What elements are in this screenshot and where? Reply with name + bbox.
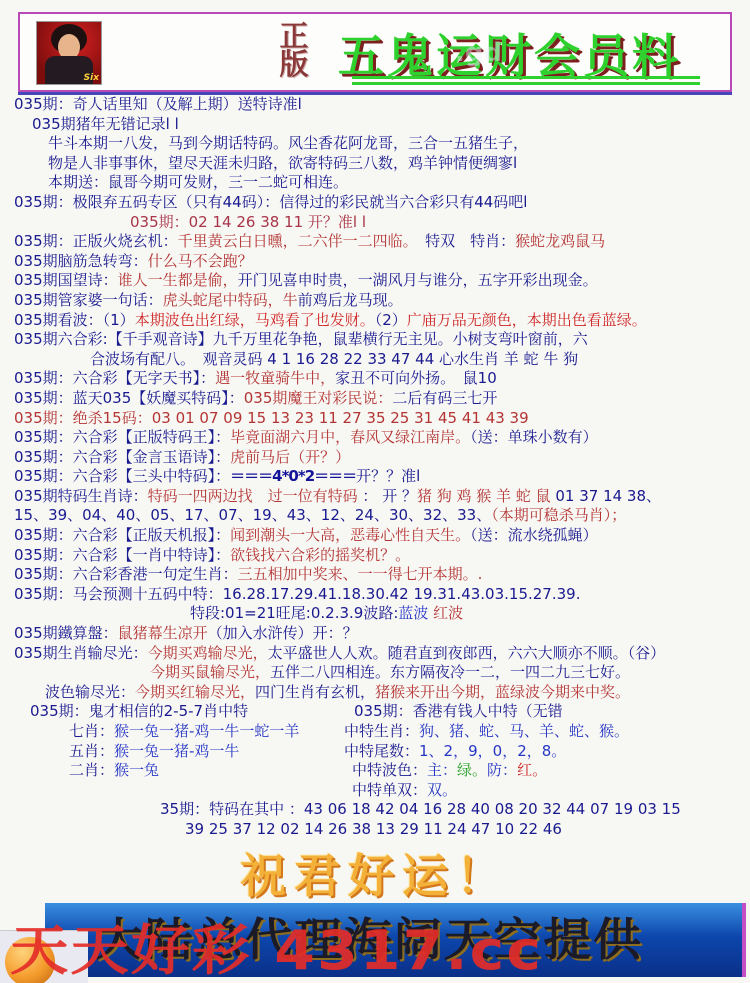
- text-segment: 035期看波：: [14, 311, 103, 329]
- text-segment: 中特生肖：: [344, 722, 419, 740]
- body-line: 035期：六合彩【一肖中特诗】：欲钱找六合彩的摇奖机？。: [0, 546, 750, 566]
- body-line: 中特波色：主：绿。防：红。: [344, 761, 750, 781]
- body-line: 035期鐵算盤：鼠猪幕生凉开（加入水浒传）开：？: [0, 624, 750, 644]
- body-line: 035期：六合彩【无字天书】：遇一牧童骑牛中，家丑不可向外扬。 鼠10: [0, 369, 750, 389]
- text-segment: （本期可稳杀马肖）；: [491, 506, 626, 524]
- text-segment: 035期猪年无错记录l l: [32, 115, 179, 133]
- page: { "header": { "badge_char1": "正", "badge…: [0, 0, 750, 983]
- text-segment: 家丑不可向外扬。 鼠10: [335, 369, 497, 387]
- body-line: 035期：六合彩【正版天机报】：闻到潮头一大高，恶毒心性自天生。（送：流水绕孤蝇…: [0, 526, 750, 546]
- text-segment: 16.28.17.29.41.18.30.42 19.31.43.03.15.2…: [223, 585, 581, 603]
- body-line: 035期：六合彩香港一句定生肖：三五相加中奖来、一一得七开本期。.: [0, 565, 750, 585]
- body-line: 39 25 37 12 02 14 26 38 13 29 11 24 47 1…: [0, 820, 750, 840]
- body-line: 二肖：猴一兔: [14, 761, 344, 781]
- text-segment: 牛: [283, 291, 298, 309]
- text-segment: 35期：特码在其中 ：43 06 18 42 04 16 28 40 08 20…: [160, 800, 681, 818]
- body-line: 035期：六合彩【正版特码王】：毕竟面湖六月中，春风又绿江南岸。（送：单珠小数有…: [0, 428, 750, 448]
- text-segment: 蓝波: [398, 604, 433, 622]
- body-line: 035期：奇人话里知（及解上期）送特诗准l: [0, 95, 750, 115]
- text-segment: 035期：马会预测十五码中特：: [14, 585, 223, 603]
- text-segment: 二肖：: [69, 761, 114, 779]
- text-segment: 毕竟面湖六月中，春风又绿江南岸。: [230, 428, 470, 446]
- body-line: 035期生肖输尽光：今期买鸡输尽光，太平盛世人人欢。随君直到夜郎西，六六大顺亦不…: [0, 644, 750, 664]
- text-segment: 四门生肖有玄机，: [255, 683, 375, 701]
- text-segment: 闻到潮头一大高，恶毒心性自天生。: [230, 526, 470, 544]
- zhengban-badge: 正 版: [272, 22, 316, 78]
- body-line: 五肖：猴一兔一猪-鸡一牛: [14, 742, 344, 762]
- text-segment: 红波: [433, 604, 463, 622]
- text-segment: 035期六合彩:【千手观音诗】九千万里花争艳，鼠辈横行无主见。小树支弯叶窗前，六: [14, 330, 588, 348]
- banner-watermark: .gd: [455, 38, 502, 68]
- body-line: 035期猪年无错记录l l: [0, 115, 750, 135]
- text-segment: 01 37 14 38、: [555, 487, 661, 505]
- underline-bar: [352, 76, 700, 79]
- left-column: 035期：鬼才相信的2-5-7肖中特七肖：猴一兔一猪-鸡一牛一蛇一羊五肖：猴一兔…: [14, 702, 344, 800]
- text-segment: 035期：鬼才相信的2-5-7肖中特: [30, 702, 248, 720]
- body-line: 035期：六合彩【金言玉语诗】：虎前马后（开？）: [0, 448, 750, 468]
- body-line: 物是人非事事休，望尽天涯未归路，欲寄特码三八数，鸡羊钟情便绸寥l: [0, 154, 750, 174]
- text-segment: 猴一兔: [114, 761, 159, 779]
- text-segment: 红。: [517, 761, 547, 779]
- text-segment: 035期：六合彩【三头中特码】：: [14, 467, 230, 485]
- text-segment: 39 25 37 12 02 14 26 38 13 29 11 24 47 1…: [185, 820, 562, 838]
- text-segment: 合波场有配八。 观音灵码 4 1 16 28 22 33 47 44 心水生肖 …: [90, 350, 578, 368]
- text-segment: 虎前马后（开？）: [230, 448, 350, 466]
- text-segment: 035期：奇人话里知（及解上期）送特诗准l: [14, 95, 302, 113]
- body-line: 15、39、04、40、05、17、07、19、43、12、24、30、32、3…: [0, 506, 750, 526]
- text-segment: 035期管家婆一句话：: [14, 291, 163, 309]
- text-segment: 前鸡后龙马现。: [298, 291, 403, 309]
- text-segment: 今期买鸡输尽光，: [148, 644, 268, 662]
- header: Six 正 版 五鬼运财会员料: [18, 12, 732, 92]
- text-segment: （1）: [103, 311, 135, 329]
- text-segment: 035期魔王对彩民说：: [244, 389, 393, 407]
- text-segment: 五肖：: [69, 742, 114, 760]
- text-segment: 15、39、04、40、05、17、07、19、43、12、24、30、32、3…: [14, 506, 491, 524]
- body-line: 本期送：鼠哥今期可发财，三一二蛇可相连。: [0, 173, 750, 193]
- text-segment: 欲钱找六合彩的摇奖机？。: [230, 546, 410, 564]
- text-segment: 中特波色：: [352, 761, 427, 779]
- text-segment: 中特尾数：: [344, 742, 419, 760]
- text-segment: 本期波色出红绿，马鸡看了也发财。: [135, 311, 375, 329]
- text-segment: 二后有码三七开: [392, 389, 497, 407]
- text-segment: ： 开 ？: [358, 487, 417, 505]
- body-line: 035期：正版火烧玄机：千里黄云白日曛，二六伴一二四临。 特双 特肖：猴蛇龙鸡鼠…: [0, 232, 750, 252]
- text-segment: 035期：六合彩【金言玉语诗】：: [14, 448, 230, 466]
- body-line: 035期看波：（1）本期波色出红绿，马鸡看了也发财。（2）广庙万品无颜色，本期出…: [0, 311, 750, 331]
- good-luck-text: 祝君好运！: [0, 840, 750, 906]
- text-segment: 035期：香港有钱人中特（无错: [354, 702, 563, 720]
- text-segment: 广庙万品无颜色，本期出色看蓝绿。: [407, 311, 647, 329]
- text-segment: 035期国望诗：: [14, 271, 118, 289]
- text-segment: 特码一四两边找 过一位有特码: [148, 487, 358, 505]
- text-segment: 035期：极限弃五码专区（只有44码）：信得过的彩民就当六合彩只有44码吧l: [14, 193, 527, 211]
- text-segment: 035期：正版火烧玄机：: [14, 232, 178, 250]
- text-segment: 猪猴来开出今期，蓝绿波今期来中奖。: [375, 683, 630, 701]
- body-line: 035期：绝杀15码：03 01 07 09 15 13 23 11 27 35…: [0, 409, 750, 429]
- text-segment: 035期：02 14 26 38 11 开？准l l: [130, 213, 366, 231]
- text-segment: 035期：六合彩【正版天机报】：: [14, 526, 230, 544]
- body-line: 035期六合彩:【千手观音诗】九千万里花争艳，鼠辈横行无主见。小树支弯叶窗前，六: [0, 330, 750, 350]
- text-segment: 狗、猪、蛇、马、羊、蛇、猴。: [419, 722, 629, 740]
- badge-char-top: 正: [272, 22, 316, 50]
- body-line: 合波场有配八。 观音灵码 4 1 16 28 22 33 47 44 心水生肖 …: [0, 350, 750, 370]
- text-segment: 谁人一生都是偷，: [118, 271, 238, 289]
- body-line: 中特尾数：1、2，9，0，2，8。: [344, 742, 750, 762]
- text-segment: 七肖：: [69, 722, 114, 740]
- text-segment: （送：流水绕孤蝇）: [470, 526, 598, 544]
- text-segment: 035期：六合彩【正版特码王】：: [14, 428, 230, 446]
- text-segment: 虎头蛇尾中特码，: [163, 291, 283, 309]
- body-line: 中特生肖：狗、猪、蛇、马、羊、蛇、猴。: [344, 722, 750, 742]
- body-line: 35期：特码在其中 ：43 06 18 42 04 16 28 40 08 20…: [0, 800, 750, 820]
- text-segment: 035期：蓝天035【妖魔买特码】：: [14, 389, 244, 407]
- text-segment: 035期：六合彩香港一句定生肖：: [14, 565, 238, 583]
- underline-bar: [352, 82, 700, 85]
- text-segment: 开？？准l: [356, 467, 420, 485]
- body-line: 035期：马会预测十五码中特：16.28.17.29.41.18.30.42 1…: [0, 585, 750, 605]
- text-segment: 中特单双：: [352, 781, 427, 799]
- text-segment: 波色输尽光：: [45, 683, 135, 701]
- text-segment: 双。: [427, 781, 457, 799]
- body-line: 035期特码生肖诗：特码一四两边找 过一位有特码 ： 开 ？猪 狗 鸡 猴 羊 …: [0, 487, 750, 507]
- body-line: 035期：鬼才相信的2-5-7肖中特: [14, 702, 344, 722]
- text-segment: 开门见喜申时贵，一湖风月与谁分，五字开彩出现金。: [238, 271, 598, 289]
- text-segment: 猪 狗 鸡 猴 羊 蛇 鼠: [417, 487, 555, 505]
- text-segment: （加入水浒传）开：？: [208, 624, 358, 642]
- banner-overlay-text: 天天好彩 4317.cc: [10, 908, 543, 983]
- text-segment: 防：: [487, 761, 517, 779]
- text-segment: （2）: [375, 311, 407, 329]
- body-line: 035期：极限弃五码专区（只有44码）：信得过的彩民就当六合彩只有44码吧l: [0, 193, 750, 213]
- body-line: 035期：02 14 26 38 11 开？准l l: [0, 213, 750, 233]
- text-segment: 太平盛世人人欢。随君直到夜郎西，六六大顺亦不顺。（谷）: [268, 644, 666, 662]
- text-segment: 1、2，9，0，2，8。: [419, 742, 566, 760]
- text-segment: 035期鐵算盤：: [14, 624, 118, 642]
- text-segment: 千里黄云白日曛，二六伴一二四临。: [178, 232, 411, 250]
- text-segment: 遇一牧童骑牛中，: [215, 369, 335, 387]
- body-line: 七肖：猴一兔一猪-鸡一牛一蛇一羊: [14, 722, 344, 742]
- body-line: 035期：香港有钱人中特（无错: [344, 702, 750, 722]
- body-line: 035期管家婆一句话：虎头蛇尾中特码，牛前鸡后龙马现。: [0, 291, 750, 311]
- text-segment: 035期脑筋急转弯：: [14, 252, 148, 270]
- text-segment: 鼠猪幕生凉开: [118, 624, 208, 642]
- text-segment: 猴蛇龙鸡鼠马: [515, 232, 605, 250]
- text-segment: 牛斗本期一八发，马到今期话特码。风尘香花阿龙哥，三合一五猪生子，: [48, 134, 528, 152]
- text-segment: 035期：六合彩【无字天书】：: [14, 369, 215, 387]
- body-line: 035期脑筋急转弯：什么马不会跑？: [0, 252, 750, 272]
- right-column: 035期：香港有钱人中特（无错中特生肖：狗、猪、蛇、马、羊、蛇、猴。中特尾数：1…: [344, 702, 750, 800]
- hostess-photo: Six: [36, 21, 102, 85]
- text-segment: 猴一兔一猪-鸡一牛一蛇一羊: [114, 722, 299, 740]
- photo-six-label: Six: [84, 73, 99, 83]
- text-segment: 三五相加中奖来、一一得七开本期。.: [238, 565, 483, 583]
- text-segment: 035期特码生肖诗：: [14, 487, 148, 505]
- text-segment: 本期送：鼠哥今期可发财，三一二蛇可相连。: [48, 173, 348, 191]
- text-segment: 什么马不会跑？: [148, 252, 253, 270]
- text-segment: 绿。: [457, 761, 487, 779]
- body-line: 波色输尽光：今期买红输尽光，四门生肖有玄机，猪猴来开出今期，蓝绿波今期来中奖。: [0, 683, 750, 703]
- body-line: 今期买鼠输尽光，五伴二八四相连。东方隔夜冷一二，一四二九三七好。: [0, 663, 750, 683]
- title-underline: [352, 76, 700, 88]
- body-line: 牛斗本期一八发，马到今期话特码。风尘香花阿龙哥，三合一五猪生子，: [0, 134, 750, 154]
- text-segment: 五伴二八四相连。东方隔夜冷一二，一四二九三七好。: [270, 663, 630, 681]
- text-segment: 今期买鼠输尽光，: [150, 663, 270, 681]
- text-segment: 特双 特肖：: [410, 232, 515, 250]
- body-line: 特段:01=21旺尾:0.2.3.9波路:蓝波 红波: [0, 604, 750, 624]
- text-segment: 猴一兔一猪-鸡一牛: [114, 742, 239, 760]
- two-column-block: 035期：鬼才相信的2-5-7肖中特七肖：猴一兔一猪-鸡一牛一蛇一羊五肖：猴一兔…: [0, 702, 750, 800]
- body-line: 中特单双：双。: [344, 781, 750, 801]
- text-segment: （送：单珠小数有）: [470, 428, 598, 446]
- text-segment: 035期：六合彩【一肖中特诗】：: [14, 546, 230, 564]
- text-segment: 物是人非事事休，望尽天涯未归路，欲寄特码三八数，鸡羊钟情便绸寥l: [48, 154, 517, 172]
- text-segment: 特段:01=21旺尾:0.2.3.9波路:: [190, 604, 398, 622]
- text-segment: 今期买红输尽光，: [135, 683, 255, 701]
- body-line: 035期：蓝天035【妖魔买特码】：035期魔王对彩民说：二后有码三七开: [0, 389, 750, 409]
- text-segment: 035期生肖输尽光：: [14, 644, 148, 662]
- body-lines: 035期：奇人话里知（及解上期）送特诗准l035期猪年无错记录l l牛斗本期一八…: [0, 95, 750, 840]
- text-segment: 035期：绝杀15码：03 01 07 09 15 13 23 11 27 35…: [14, 409, 529, 427]
- text-segment: ＝＝＝4*0*2＝＝＝: [230, 467, 356, 485]
- body-line: 035期：六合彩【三头中特码】：＝＝＝4*0*2＝＝＝开？？准l: [0, 467, 750, 487]
- body-line: 035期国望诗：谁人一生都是偷，开门见喜申时贵，一湖风月与谁分，五字开彩出现金。: [0, 271, 750, 291]
- text-segment: 主：: [427, 761, 457, 779]
- badge-char-bottom: 版: [272, 50, 316, 78]
